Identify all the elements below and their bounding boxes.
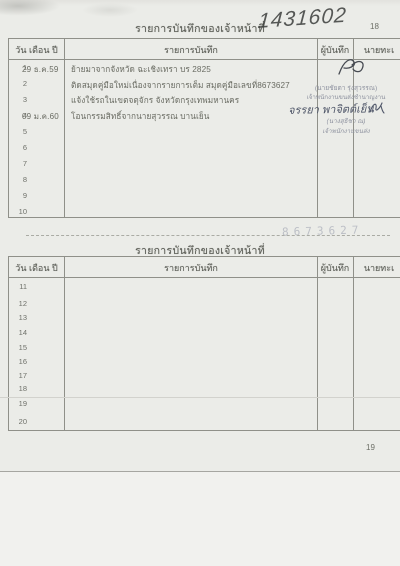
table2-col-header-recorder: ผู้บันทึก [317, 261, 353, 275]
entry-date: 09 ม.ค.60 [22, 110, 68, 123]
row-number: 5 [13, 127, 27, 136]
row-number: 17 [13, 371, 27, 380]
table2-col-header-record: รายการบันทึก [65, 261, 317, 275]
row-number: 12 [13, 299, 27, 308]
row-number: 20 [13, 417, 27, 426]
page-number-top: 18 [370, 22, 379, 31]
row-number: 15 [13, 343, 27, 352]
registrar-signature-scribble [336, 56, 370, 78]
scanner-background [0, 472, 400, 566]
record-table-2: วัน เดือน ปี รายการบันทึก ผู้บันทึก นายท… [8, 256, 400, 431]
table2-col-divider-1 [64, 257, 65, 430]
row-number: 8 [13, 175, 27, 184]
entry-text: โอนกรรมสิทธิ์จากนายสุวรรณ บานเย็น [71, 110, 315, 123]
row-number: 2 [13, 79, 27, 88]
row-number: 13 [13, 313, 27, 322]
faint-book-number: 8673627 [282, 222, 400, 238]
scanned-registration-page: รายการบันทึกของเจ้าหน้าที่ 1431602 18 วั… [0, 0, 400, 566]
table2-col-divider-3 [353, 257, 354, 430]
table1-col-header-record: รายการบันทึก [65, 43, 317, 57]
scan-fold-line [0, 397, 400, 398]
row-number: 18 [13, 384, 27, 393]
row-number: 16 [13, 357, 27, 366]
row-number: 6 [13, 143, 27, 152]
entry-date: 29 ธ.ค.59 [22, 63, 68, 76]
table2-col-header-registrar: นายทะเ [354, 261, 400, 275]
row-number: 3 [13, 95, 27, 104]
row-number: 9 [13, 191, 27, 200]
recorder-initial-scribble [368, 100, 386, 116]
entry-text: แจ้งใช้รถในเขตจตุจักร จังหวัดกรุงเทพมหาน… [71, 94, 315, 107]
table1-col-header-date: วัน เดือน ปี [9, 43, 64, 57]
entry-text: ติดสมุดคู่มือใหม่เนื่องจากรายการเต็ม สมุ… [71, 79, 315, 92]
page-number-bottom: 19 [366, 443, 375, 452]
row-number: 11 [13, 282, 27, 291]
handwritten-document-number: 1431602 [257, 2, 368, 34]
table2-col-header-date: วัน เดือน ปี [9, 261, 64, 275]
table1-col-header-recorder: ผู้บันทึก [317, 43, 353, 57]
stamp-recorder-title: เจ้าพนักงานขนส่ง [306, 126, 386, 136]
row-number: 14 [13, 328, 27, 337]
stamp-recorder-name: (นางสุธิชา ณ) [306, 116, 386, 126]
table2-header-divider [9, 277, 400, 278]
entry-text: ย้ายมาจากจังหวัด ฉะเชิงเทรา บร 2825 [71, 63, 315, 76]
row-number: 19 [13, 399, 27, 408]
table1-col-header-registrar: นายทะเ [354, 43, 400, 57]
row-number: 7 [13, 159, 27, 168]
table2-col-divider-2 [317, 257, 318, 430]
row-number: 10 [13, 207, 27, 216]
